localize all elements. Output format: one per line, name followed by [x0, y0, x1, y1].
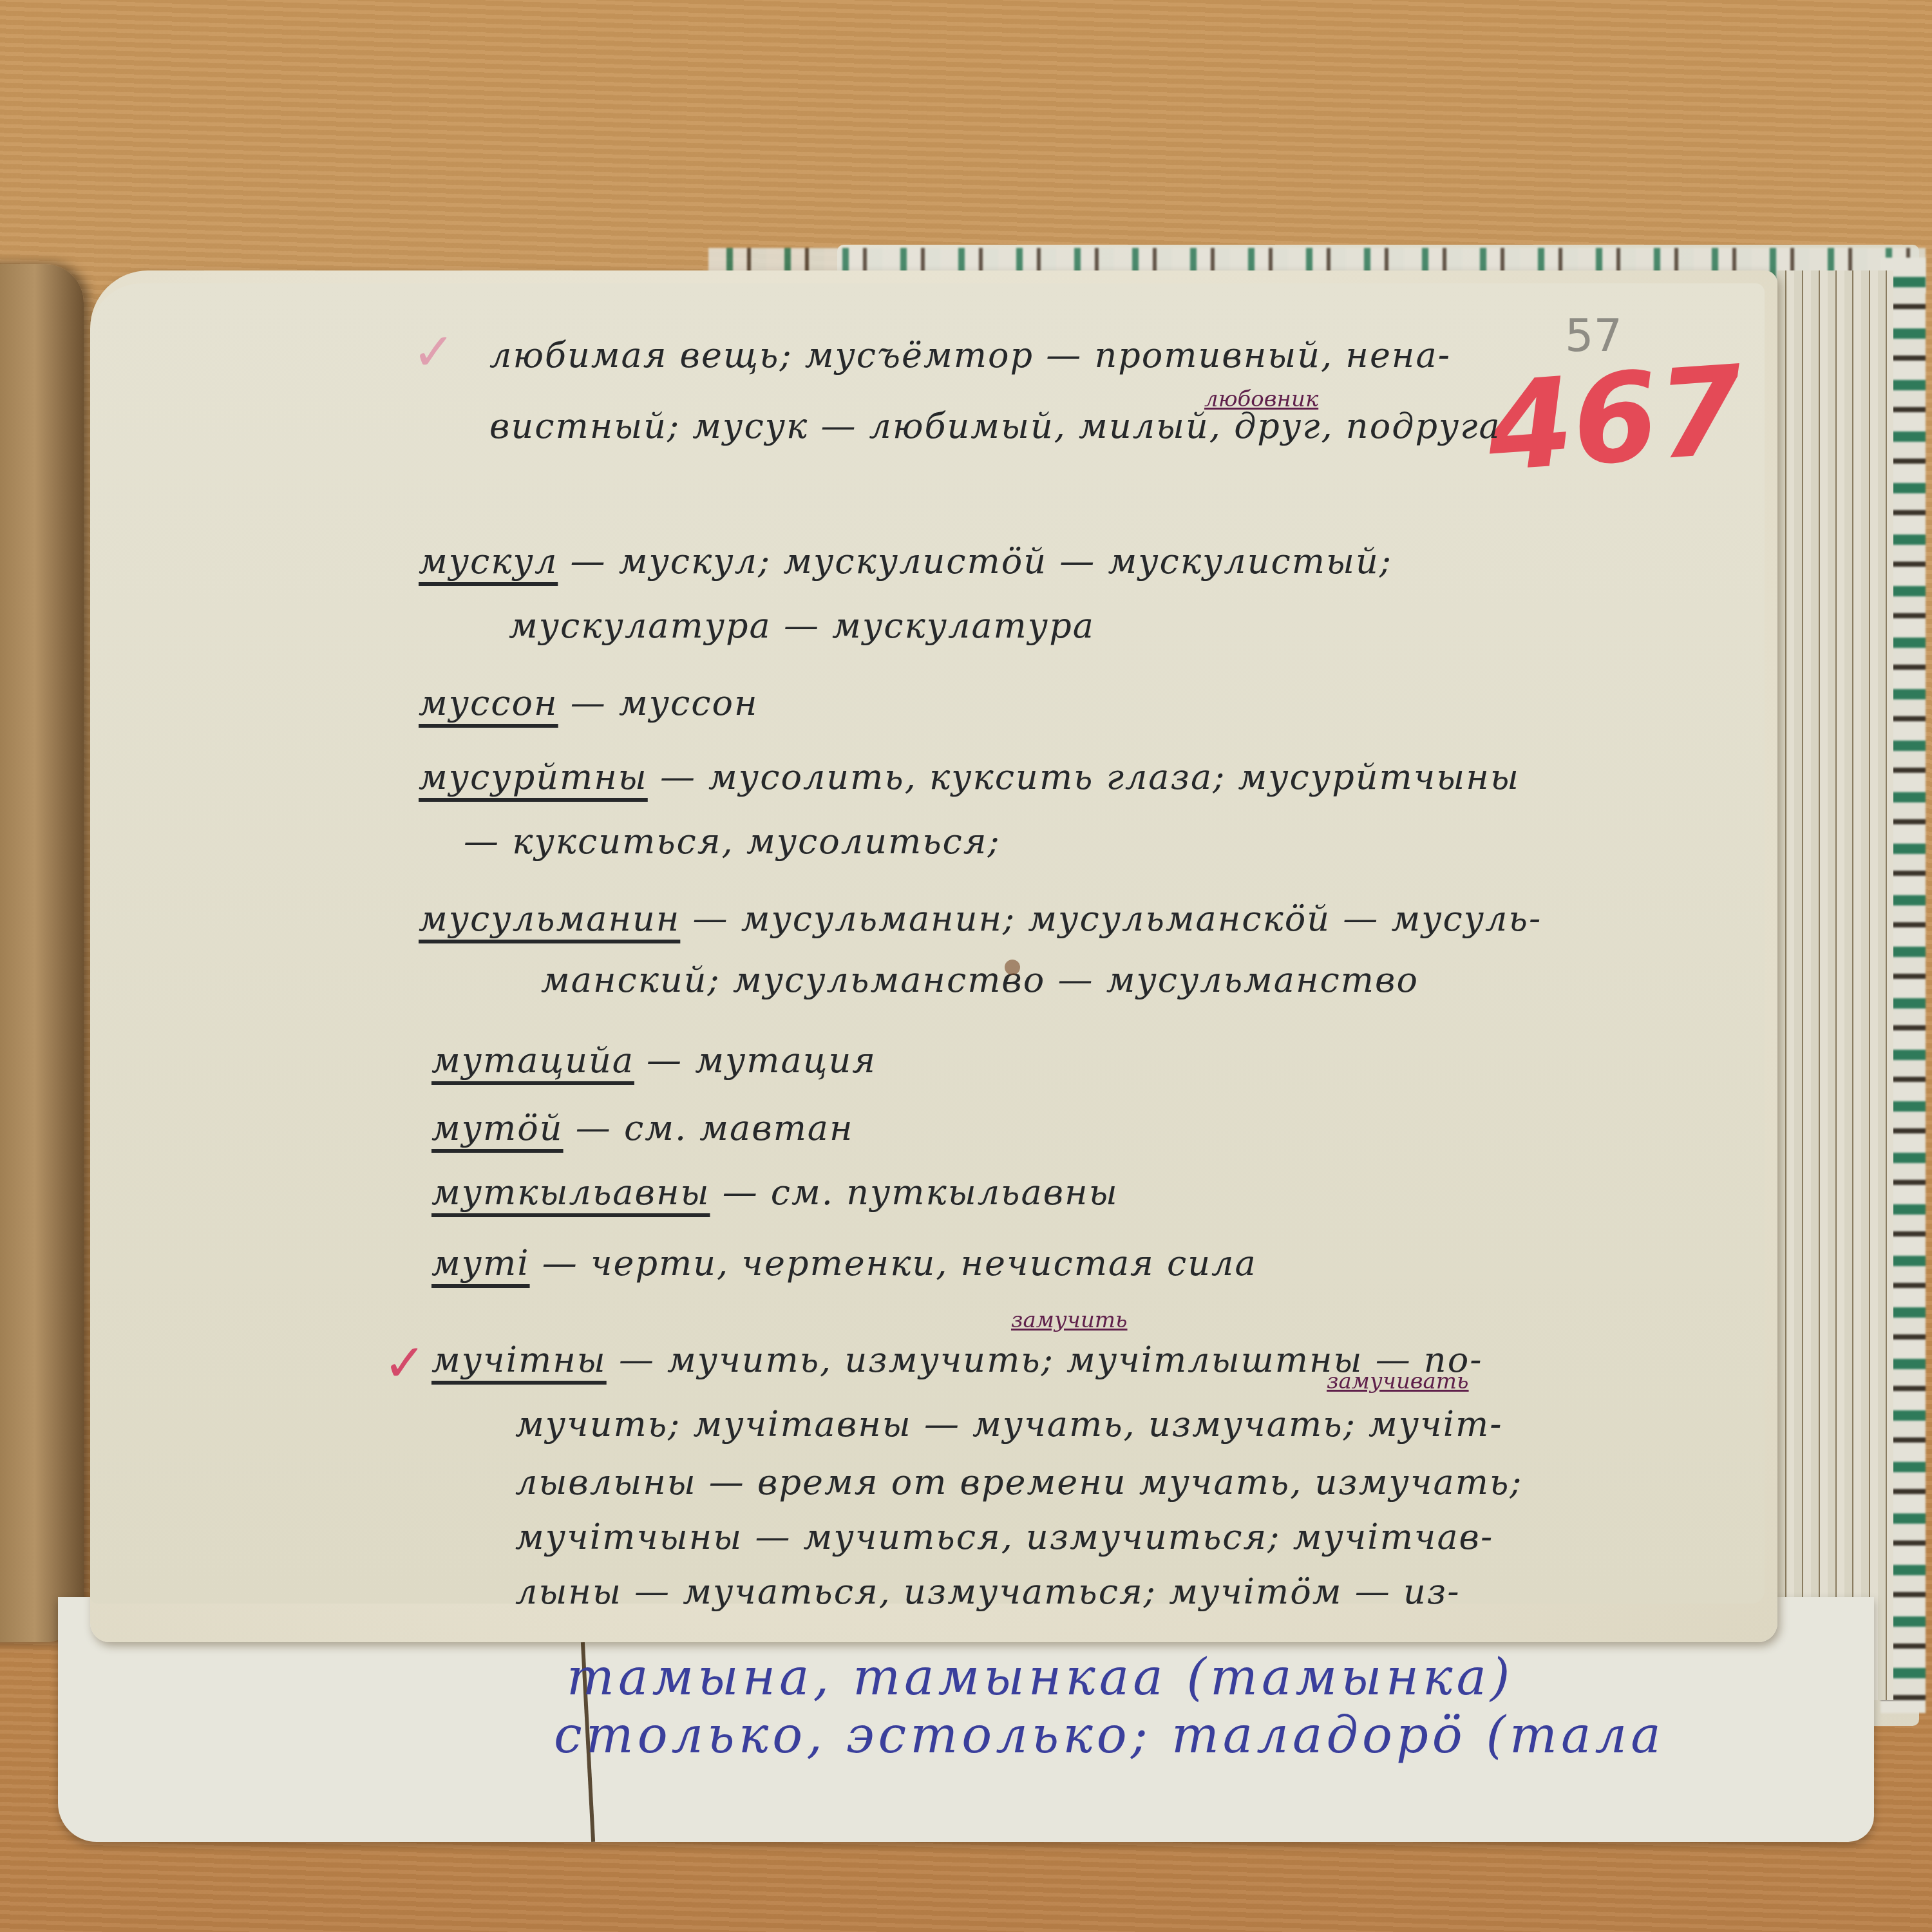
checkmark-icon: ✓ — [412, 322, 455, 382]
correction-zamuchivat: замучивать — [1327, 1368, 1469, 1394]
entry-muskul: мускул — мускул; мускулистӧй — мускулист… — [419, 541, 1392, 582]
entry-muchitny-line2: мучить; мучiтавны — мучать, измучать; му… — [515, 1404, 1502, 1444]
headword: мутi — [431, 1243, 530, 1283]
entry-musulmanin: мусульманин — мусульманин; мусульманскӧй… — [419, 898, 1542, 939]
headword: мучiтны — [431, 1340, 607, 1380]
header-line-2: вистный; мусук — любимый, милый, друг, п… — [489, 406, 1501, 446]
underlying-line-1: тамына, тамынкаа (тамынка) — [567, 1649, 1514, 1707]
entry-musurytny-cont: — кукситься, мусолиться; — [464, 821, 1001, 862]
correction-zamuchit: замучить — [1011, 1307, 1128, 1333]
entry-mutaciya: мутацийа — мутация — [431, 1040, 876, 1081]
entry-musson: муссон — муссон — [419, 683, 759, 723]
entry-muskul-cont: мускулатура — мускулатура — [509, 605, 1095, 646]
entry-mutkylavny: муткыльавны — см. путкыльавны — [431, 1172, 1119, 1213]
headword: мускул — [419, 541, 558, 582]
entry-mutoy: мутӧй — см. мавтан — [431, 1108, 854, 1148]
entry-muchitny-line4: мучiтчыны — мучиться, измучиться; мучiтч… — [515, 1517, 1493, 1557]
headword: муссон — [419, 683, 558, 723]
entry-muchitny-line3: лывлыны — время от времени мучать, измуч… — [515, 1462, 1522, 1502]
headword: мутӧй — [431, 1108, 563, 1148]
ink-stain — [1005, 960, 1020, 975]
underlying-line-2: столько, эстолько; таладорö (тала — [554, 1707, 1665, 1765]
folio-number-red: 467 — [1483, 339, 1748, 498]
headword: муткыльавны — [431, 1172, 710, 1213]
entry-musurytny: мусурйтны — мусолить, куксить глаза; мус… — [419, 757, 1520, 797]
header-line-1: любимая вещь; мусъёмтор — противный, нен… — [489, 335, 1451, 375]
entry-muchitny: мучiтны — мучить, измучить; мучiтлыштны … — [431, 1340, 1482, 1380]
headword: мусурйтны — [419, 757, 648, 797]
checkmark-icon: ✓ — [383, 1333, 426, 1393]
headword: мусульманин — [419, 898, 680, 939]
entry-musulmanin-cont: манский; мусульманство — мусульманство — [541, 960, 1419, 1000]
entry-muti: мутi — черти, чертенки, нечистая сила — [431, 1243, 1257, 1283]
headword: мутацийа — [431, 1040, 634, 1081]
page-stack-edges — [1777, 270, 1893, 1700]
entry-muchitny-line5: лыны — мучаться, измучаться; мучiтӧм — и… — [515, 1571, 1460, 1612]
left-page-edge — [0, 264, 84, 1642]
